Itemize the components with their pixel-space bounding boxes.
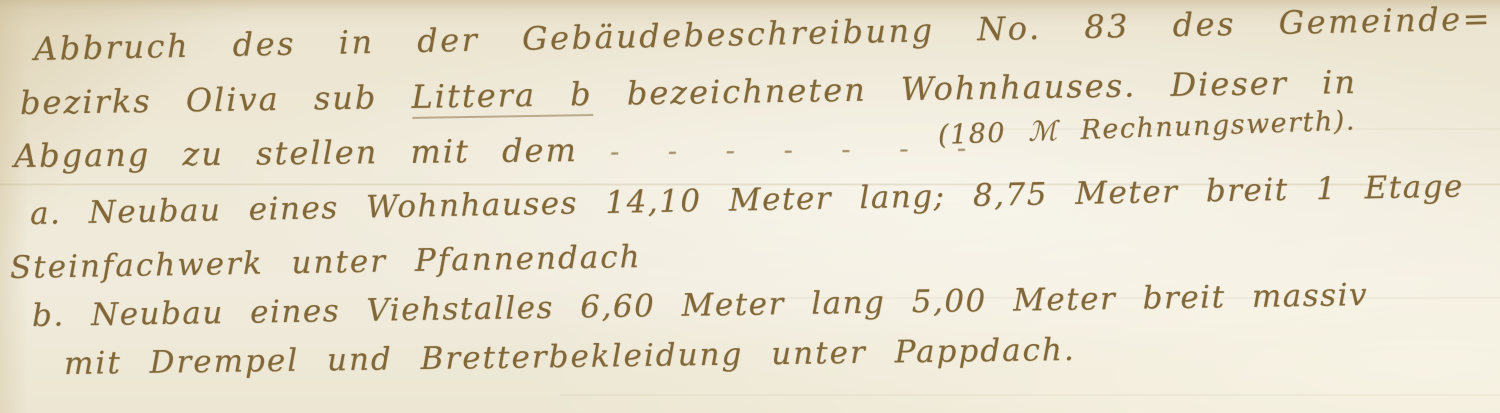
line-2-text-post: bezeichneten Wohnhauses. Dieser in — [592, 63, 1357, 113]
handwritten-line-item-b: b. Neubau eines Viehstalles 6,60 Meter l… — [32, 277, 1369, 334]
handwritten-line-3: Abgang zu stellen mit dem - - - - - - - — [14, 127, 977, 175]
line-3-text: Abgang zu stellen mit dem — [14, 131, 578, 175]
item-b-cont-text: mit Drempel und Bretterbekleidung unter … — [64, 332, 1076, 382]
line-3-filler-dashes: - - - - - - - — [610, 133, 976, 168]
handwritten-line-1: Abbruch des in der Gebäudebeschreibung N… — [34, 0, 1493, 68]
line-2-underlined-reference: Littera b — [411, 75, 593, 119]
item-a-text: a. Neubau eines Wohnhauses 14,10 Meter l… — [30, 168, 1465, 232]
handwritten-valuation-note: (180 ℳ Rechnungswerth). — [937, 105, 1356, 151]
line-1-text: Abbruch des in der Gebäudebeschreibung N… — [34, 0, 1493, 68]
manuscript-page: Abbruch des in der Gebäudebeschreibung N… — [0, 0, 1500, 413]
paper-crease — [560, 394, 1500, 396]
valuation-text: (180 ℳ Rechnungswerth). — [937, 105, 1356, 151]
line-2-text-pre: bezirks Oliva sub — [20, 78, 412, 122]
item-a-cont-text: Steinfachwerk unter Pfannendach — [10, 239, 642, 286]
handwritten-line-item-a-cont: Steinfachwerk unter Pfannendach — [10, 239, 642, 286]
handwritten-line-item-a: a. Neubau eines Wohnhauses 14,10 Meter l… — [30, 168, 1465, 232]
item-b-text: b. Neubau eines Viehstalles 6,60 Meter l… — [32, 277, 1369, 334]
handwritten-line-item-b-cont: mit Drempel und Bretterbekleidung unter … — [64, 332, 1076, 382]
